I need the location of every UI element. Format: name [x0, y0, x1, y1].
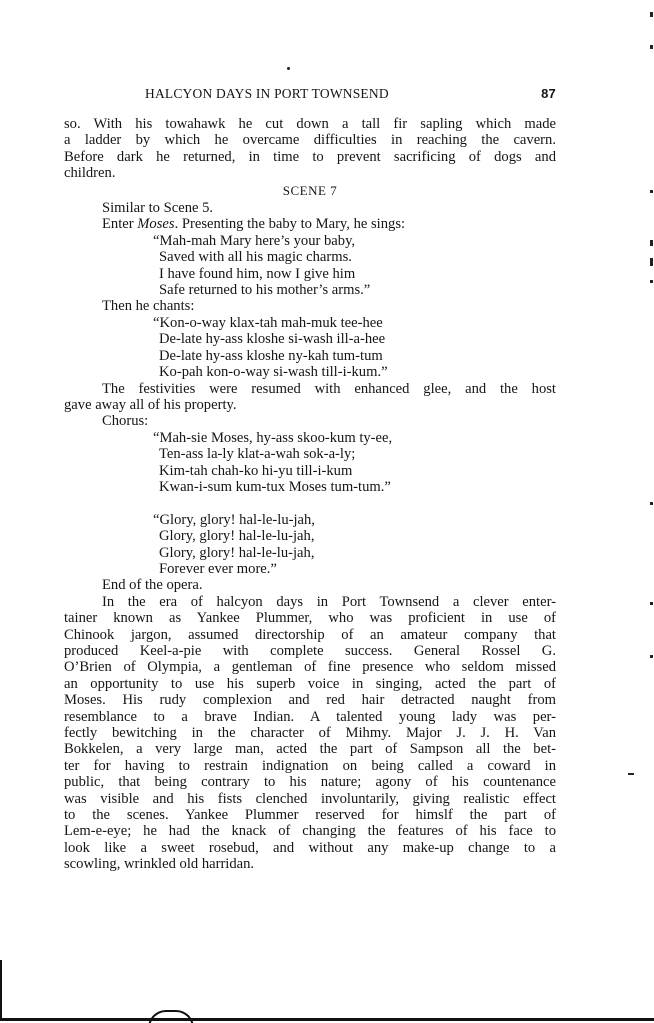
chorus-verse: “Glory, glory! hal-le-lu-jah, Glory, glo…	[64, 512, 556, 578]
text-line: to the scenes. Yankee Plummer reserved f…	[64, 807, 556, 823]
verse-line: Ten-ass la-ly klat-a-wah sok-a-ly;	[159, 446, 556, 462]
text-line: produced Keel-a-pie with complete succes…	[64, 643, 556, 659]
margin-speck	[650, 280, 653, 283]
text-line: children.	[64, 165, 556, 181]
stage-direction: End of the opera.	[64, 577, 556, 593]
text-line: resemblance to a brave Indian. A talente…	[64, 709, 556, 725]
text-line: The festivities were resumed with enhanc…	[64, 381, 556, 397]
text-line: so. With his towahawk he cut down a tall…	[64, 116, 556, 132]
text-line: Bokkelen, a very large man, acted the pa…	[64, 741, 556, 757]
text-line: In the era of halcyon days in Port Towns…	[64, 594, 556, 610]
text-line: a ladder by which he overcame difficulti…	[64, 132, 556, 148]
text-line: an opportunity to use his superb voice i…	[64, 676, 556, 692]
verse-line: Forever ever more.”	[159, 561, 556, 577]
text-line: was visible and his fists clenched invol…	[64, 791, 556, 807]
text-line: tainer known as Yankee Plummer, who was …	[64, 610, 556, 626]
margin-speck	[650, 12, 653, 17]
text-line: fectly bewitching in the character of Mi…	[64, 725, 556, 741]
text-line: O’Brien of Olympia, a gentleman of fine …	[64, 659, 556, 675]
margin-speck	[628, 773, 634, 775]
verse-line: “Mah-sie Moses, hy-ass skoo-kum ty-ee,	[159, 430, 556, 446]
text-line: Before dark he returned, in time to prev…	[64, 149, 556, 165]
verse-line: Ko-pah kon-o-way si-wash till-i-kum.”	[159, 364, 556, 380]
text-line: ter for having to restrain indignation o…	[64, 758, 556, 774]
scan-artifact-arc	[148, 1010, 194, 1023]
song-verse: “Mah-mah Mary here’s your baby, Saved wi…	[64, 233, 556, 299]
character-name: Moses	[137, 216, 174, 232]
paragraph: In the era of halcyon days in Port Towns…	[64, 594, 556, 873]
verse-line: De-late hy-ass kloshe ny-kah tum-tum	[159, 348, 556, 364]
margin-speck	[650, 502, 653, 505]
verse-line: Glory, glory! hal-le-lu-jah,	[159, 528, 556, 544]
stage-direction: Enter Moses. Presenting the baby to Mary…	[64, 216, 556, 232]
page-bottom-edge	[0, 1018, 654, 1021]
stage-text: . Presenting the baby to Mary, he sings:	[175, 216, 406, 232]
paragraph-continuation: so. With his towahawk he cut down a tall…	[64, 116, 556, 182]
verse-line: I have found him, now I give him	[159, 266, 556, 282]
text-line: Chinook jargon, assumed directorship of …	[64, 627, 556, 643]
verse-line: Kim-tah chah-ko hi-yu till-i-kum	[159, 463, 556, 479]
stage-text: Enter	[102, 216, 137, 232]
verse-line: “Mah-mah Mary here’s your baby,	[159, 233, 556, 249]
text-line: Lem-e-eye; he had the knack of changing …	[64, 823, 556, 839]
margin-speck	[650, 602, 653, 605]
text-line: scowling, wrinkled old harridan.	[64, 856, 556, 872]
chorus-verse: “Mah-sie Moses, hy-ass skoo-kum ty-ee, T…	[64, 430, 556, 496]
margin-speck	[650, 258, 653, 266]
stanza-break	[64, 495, 556, 511]
text-line: gave away all of his property.	[64, 397, 556, 413]
page-number: 87	[541, 86, 556, 101]
verse-line: “Glory, glory! hal-le-lu-jah,	[159, 512, 556, 528]
verse-line: Safe returned to his mother’s arms.”	[159, 282, 556, 298]
margin-speck	[650, 655, 653, 658]
verse-line: “Kon-o-way klax-tah mah-muk tee-hee	[159, 315, 556, 331]
margin-speck	[650, 190, 653, 193]
verse-line: Kwan-i-sum kum-tux Moses tum-tum.”	[159, 479, 556, 495]
paragraph: The festivities were resumed with enhanc…	[64, 381, 556, 414]
running-header: HALCYON DAYS IN PORT TOWNSEND 87	[64, 86, 556, 104]
scan-speck	[287, 67, 290, 70]
page-body: so. With his towahawk he cut down a tall…	[64, 116, 556, 873]
verse-line: Glory, glory! hal-le-lu-jah,	[159, 545, 556, 561]
text-line: public, that being contrary to his natur…	[64, 774, 556, 790]
stage-direction: Chorus:	[64, 413, 556, 429]
scene-heading: SCENE 7	[64, 183, 556, 199]
text-line: look like a sweet rosebud, and without a…	[64, 840, 556, 856]
page-edge	[0, 960, 2, 1020]
verse-line: De-late hy-ass kloshe si-wash ill-a-hee	[159, 331, 556, 347]
text-line: Moses. His rudy complexion and red hair …	[64, 692, 556, 708]
margin-speck	[650, 240, 653, 246]
verse-line: Saved with all his magic charms.	[159, 249, 556, 265]
chant-verse: “Kon-o-way klax-tah mah-muk tee-hee De-l…	[64, 315, 556, 381]
book-page: HALCYON DAYS IN PORT TOWNSEND 87 so. Wit…	[0, 0, 654, 1023]
stage-direction: Similar to Scene 5.	[64, 200, 556, 216]
margin-speck	[650, 45, 653, 49]
running-title: HALCYON DAYS IN PORT TOWNSEND	[145, 86, 389, 102]
stage-direction: Then he chants:	[64, 298, 556, 314]
